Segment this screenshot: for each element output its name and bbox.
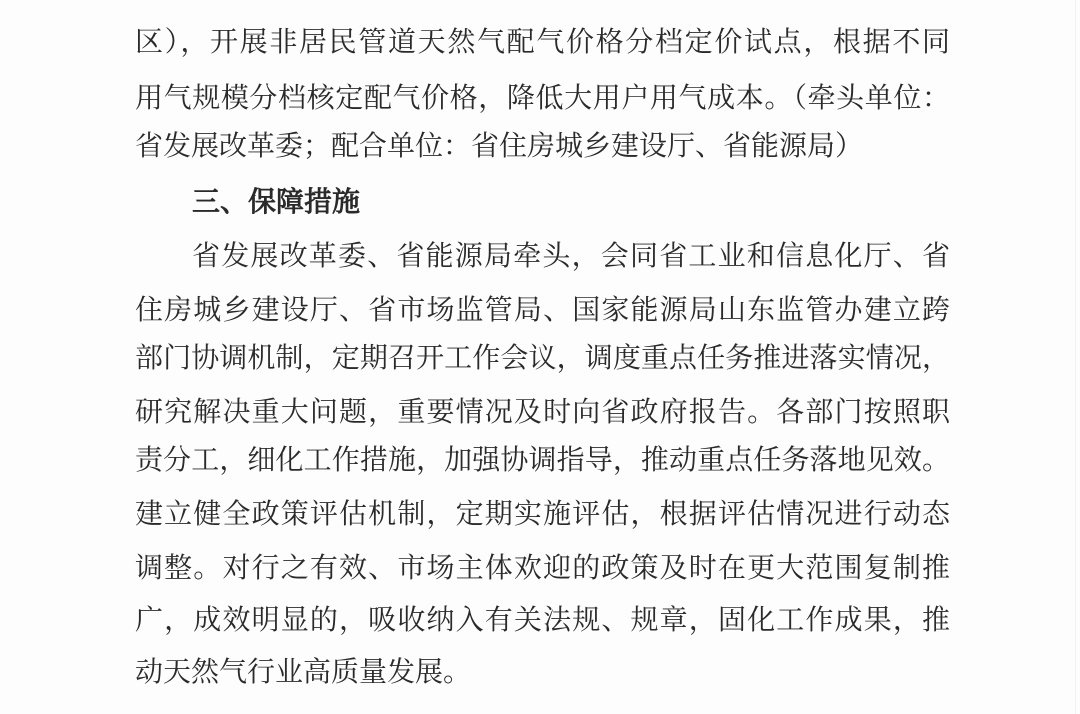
paragraph-line: 广，成效明显的，吸收纳入有关法规、规章，固化工作成果，推 bbox=[135, 598, 950, 642]
section-heading: 三、保障措施 bbox=[192, 180, 360, 224]
paragraph-line: 责分工，细化工作措施，加强协调指导，推动重点任务落地见效。 bbox=[135, 438, 950, 482]
text-line: 用气规模分档核定配气价格，降低大用户用气成本。（牵头单位： bbox=[135, 76, 950, 120]
paragraph-line: 动天然气行业高质量发展。 bbox=[135, 650, 950, 694]
paragraph-line: 建立健全政策评估机制，定期实施评估，根据评估情况进行动态 bbox=[135, 492, 950, 536]
text-line: 省发展改革委；配合单位：省住房城乡建设厅、省能源局） bbox=[135, 124, 950, 168]
paragraph-line: 省发展改革委、省能源局牵头，会同省工业和信息化厅、省 bbox=[192, 234, 950, 278]
paragraph-line: 部门协调机制，定期召开工作会议，调度重点任务推进落实情况， bbox=[135, 336, 950, 380]
document-page: 区），开展非居民管道天然气配气价格分档定价试点，根据不同 用气规模分档核定配气价… bbox=[0, 0, 1080, 714]
paragraph-line: 住房城乡建设厅、省市场监管局、国家能源局山东监管办建立跨 bbox=[135, 288, 950, 332]
paragraph-line: 研究解决重大问题，重要情况及时向省政府报告。各部门按照职 bbox=[135, 390, 950, 434]
page-edge-divider bbox=[1075, 0, 1076, 714]
text-line: 区），开展非居民管道天然气配气价格分档定价试点，根据不同 bbox=[135, 20, 950, 64]
paragraph-line: 调整。对行之有效、市场主体欢迎的政策及时在更大范围复制推 bbox=[135, 546, 950, 590]
